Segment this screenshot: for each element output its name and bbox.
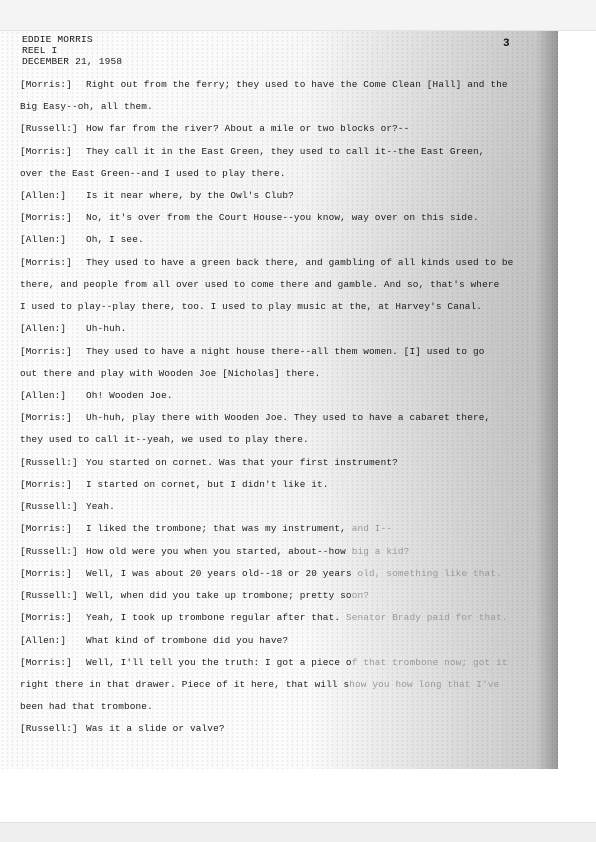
transcript-line: [Russell:]How far from the river? About … <box>20 123 409 134</box>
viewer-top-strip <box>0 0 596 31</box>
transcript-line: [Morris:]Yeah, I took up trombone regula… <box>20 612 508 623</box>
faded-text: and I-- <box>346 523 392 534</box>
line-text: Was it a slide or valve? <box>86 723 225 734</box>
transcript-line: there, and people from all over used to … <box>20 279 499 290</box>
page-number: 3 <box>503 38 510 50</box>
line-text: Yeah. <box>86 501 115 512</box>
line-text: been had that trombone. <box>20 701 153 712</box>
document-header: EDDIE MORRIS REEL I DECEMBER 21, 1958 <box>22 34 122 67</box>
line-text: I liked the trombone; that was my instru… <box>86 523 346 534</box>
transcript-line: [Morris:]They used to have a green back … <box>20 257 513 268</box>
transcript-line: over the East Green--and I used to play … <box>20 168 286 179</box>
speaker-label: [Morris:] <box>20 212 86 223</box>
faded-text: on? <box>352 590 369 601</box>
line-text: out there and play with Wooden Joe [Nich… <box>20 368 320 379</box>
speaker-label: [Morris:] <box>20 412 86 423</box>
transcript-line: [Russell:]You started on cornet. Was tha… <box>20 457 398 468</box>
line-text: Uh-huh, play there with Wooden Joe. They… <box>86 412 490 423</box>
transcript-line: [Morris:]Right out from the ferry; they … <box>20 79 508 90</box>
document-page: EDDIE MORRIS REEL I DECEMBER 21, 1958 3 … <box>0 31 596 822</box>
scanned-page-area: EDDIE MORRIS REEL I DECEMBER 21, 1958 3 … <box>0 31 558 769</box>
line-text: right there in that drawer. Piece of it … <box>20 679 349 690</box>
speaker-label: [Morris:] <box>20 346 86 357</box>
speaker-label: [Morris:] <box>20 146 86 157</box>
line-text: How old were you when you started, about… <box>86 546 346 557</box>
line-text: Is it near where, by the Owl's Club? <box>86 190 294 201</box>
interview-date: DECEMBER 21, 1958 <box>22 56 122 67</box>
transcript-line: [Allen:]Oh! Wooden Joe. <box>20 390 173 401</box>
speaker-label: [Allen:] <box>20 323 86 334</box>
faded-text: how you how long that I've <box>349 679 499 690</box>
transcript-line: right there in that drawer. Piece of it … <box>20 679 499 690</box>
transcript-line: been had that trombone. <box>20 701 153 712</box>
speaker-label: [Morris:] <box>20 523 86 534</box>
transcript-line: [Morris:]I liked the trombone; that was … <box>20 523 392 534</box>
faded-text: Senator Brady paid for that. <box>340 612 508 623</box>
speaker-label: [Morris:] <box>20 257 86 268</box>
line-text: What kind of trombone did you have? <box>86 635 288 646</box>
transcript-line: [Morris:]They call it in the East Green,… <box>20 146 485 157</box>
reel-label: REEL I <box>22 45 122 56</box>
line-text: You started on cornet. Was that your fir… <box>86 457 398 468</box>
transcript-line: I used to play--play there, too. I used … <box>20 301 482 312</box>
line-text: Uh-huh. <box>86 323 126 334</box>
transcript-line: [Morris:]They used to have a night house… <box>20 346 485 357</box>
faded-text: big a kid? <box>346 546 410 557</box>
transcript-line: Big Easy--oh, all them. <box>20 101 153 112</box>
line-text: No, it's over from the Court House--you … <box>86 212 479 223</box>
line-text: Big Easy--oh, all them. <box>20 101 153 112</box>
faded-text: old, something like that. <box>352 568 502 579</box>
transcript-line: [Russell:]How old were you when you star… <box>20 546 409 557</box>
line-text: They used to have a night house there--a… <box>86 346 485 357</box>
line-text: They call it in the East Green, they use… <box>86 146 485 157</box>
line-text: They used to have a green back there, an… <box>86 257 513 268</box>
transcript-line: [Morris:]Uh-huh, play there with Wooden … <box>20 412 490 423</box>
speaker-label: [Russell:] <box>20 501 86 512</box>
line-text: Yeah, I took up trombone regular after t… <box>86 612 340 623</box>
transcript-line: [Russell:]Well, when did you take up tro… <box>20 590 369 601</box>
line-text: I started on cornet, but I didn't like i… <box>86 479 329 490</box>
viewer-bottom-strip <box>0 822 596 842</box>
interviewee-name: EDDIE MORRIS <box>22 34 122 45</box>
line-text: Well, when did you take up trombone; pre… <box>86 590 352 601</box>
line-text: Oh, I see. <box>86 234 144 245</box>
transcript-line: [Russell:]Yeah. <box>20 501 115 512</box>
line-text: Right out from the ferry; they used to h… <box>86 79 508 90</box>
speaker-label: [Morris:] <box>20 657 86 668</box>
line-text: over the East Green--and I used to play … <box>20 168 286 179</box>
speaker-label: [Morris:] <box>20 79 86 90</box>
faded-text: f that trombone now; got it <box>352 657 508 668</box>
speaker-label: [Allen:] <box>20 234 86 245</box>
transcript-line: [Morris:]Well, I was about 20 years old-… <box>20 568 502 579</box>
transcript-line: [Allen:]Uh-huh. <box>20 323 126 334</box>
transcript-line: [Morris:]No, it's over from the Court Ho… <box>20 212 479 223</box>
line-text: Oh! Wooden Joe. <box>86 390 173 401</box>
line-text: I used to play--play there, too. I used … <box>20 301 482 312</box>
line-text: Well, I was about 20 years old--18 or 20… <box>86 568 352 579</box>
transcript-line: out there and play with Wooden Joe [Nich… <box>20 368 320 379</box>
speaker-label: [Russell:] <box>20 590 86 601</box>
transcript-line: [Allen:]Is it near where, by the Owl's C… <box>20 190 294 201</box>
speaker-label: [Russell:] <box>20 123 86 134</box>
speaker-label: [Morris:] <box>20 568 86 579</box>
line-text: Well, I'll tell you the truth: I got a p… <box>86 657 352 668</box>
line-text: they used to call it--yeah, we used to p… <box>20 434 309 445</box>
speaker-label: [Russell:] <box>20 723 86 734</box>
speaker-label: [Allen:] <box>20 635 86 646</box>
speaker-label: [Morris:] <box>20 479 86 490</box>
transcript-line: they used to call it--yeah, we used to p… <box>20 434 309 445</box>
speaker-label: [Russell:] <box>20 546 86 557</box>
speaker-label: [Allen:] <box>20 190 86 201</box>
speaker-label: [Allen:] <box>20 390 86 401</box>
transcript-line: [Morris:]I started on cornet, but I didn… <box>20 479 329 490</box>
line-text: How far from the river? About a mile or … <box>86 123 409 134</box>
speaker-label: [Russell:] <box>20 457 86 468</box>
transcript-line: [Allen:]What kind of trombone did you ha… <box>20 635 288 646</box>
transcript-line: [Morris:]Well, I'll tell you the truth: … <box>20 657 508 668</box>
speaker-label: [Morris:] <box>20 612 86 623</box>
transcript-line: [Russell:]Was it a slide or valve? <box>20 723 225 734</box>
transcript-line: [Allen:]Oh, I see. <box>20 234 144 245</box>
line-text: there, and people from all over used to … <box>20 279 499 290</box>
